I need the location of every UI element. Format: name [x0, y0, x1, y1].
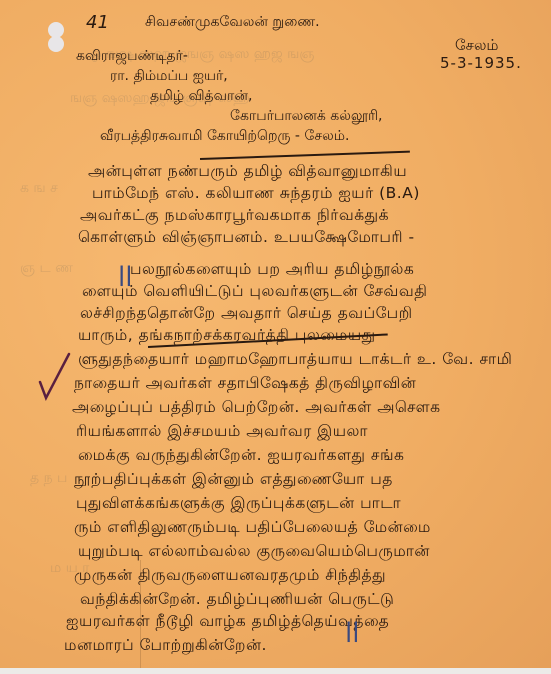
- underline: [200, 151, 410, 160]
- page-number: 41: [86, 12, 109, 33]
- body-line: வந்திக்கின்றேன். தமிழ்ப்புணியன் பெருட்டு: [80, 590, 394, 610]
- address-line: வீரபத்திரசுவாமி கோயிற்றெரு - சேலம்.: [100, 128, 349, 146]
- body-line: கொள்ளும் விஞ்ஞாபனம். உபயக்ஷேமோபரி -: [78, 228, 415, 248]
- bleed-through-text: த ந ப: [30, 470, 67, 488]
- body-line: பலநூல்களையும் பற அரிய தமிழ்நூல்க: [130, 260, 414, 280]
- body-line: ரியங்களால் இச்சமயம் அவர்வர இயலா: [76, 422, 368, 442]
- address-line: தமிழ் வித்வான்,: [150, 88, 252, 106]
- address-line: கவிராஜபண்டிதர்-: [76, 48, 188, 66]
- body-line: நாதையர் அவர்கள் சதாபிஷேகத் திருவிழாவின்: [74, 374, 416, 394]
- paragraph-mark: ||: [345, 618, 360, 642]
- invocation: சிவசண்முகவேலன் றுணை.: [145, 14, 320, 32]
- body-line: பாம்மேந் எஸ். கலியாண சுந்தரம் ஐயர் (B.A): [92, 184, 420, 204]
- fold-crease: [140, 560, 141, 668]
- body-line: மனமாரப் போற்றுகின்றேன்.: [64, 636, 267, 656]
- body-line: நூற்பதிப்புக்கள் இன்னும் எத்துணையோ பத: [74, 470, 393, 490]
- body-line: ஐயரவர்கள் நீடூழி வாழ்க தமிழ்த்தெய்வத்தை: [66, 612, 389, 632]
- scan-border: [0, 668, 551, 674]
- body-line: மைக்கு வருந்துகின்றேன். ஐயரவர்களது சங்க: [78, 446, 404, 466]
- letter-place: சேலம்: [455, 36, 498, 56]
- body-line: அழைப்புப் பத்திரம் பெற்றேன். அவர்கள் அசௌ…: [72, 398, 440, 418]
- letter-page: ஓ ஙஷ ஸஹ ஜஙஞ ஷஸ ஹஜ ஙஞ ஙஞ ஷஸஹ ஜங ஞஷ ஸஹ க ங…: [0, 0, 551, 668]
- address-line: கோபர்பாலனக் கல்லூரி,: [230, 108, 383, 126]
- checkmark-icon: [36, 352, 72, 402]
- body-line: அன்புள்ள நண்பரும் தமிழ் வித்வானுமாகிய: [88, 162, 407, 182]
- body-line: யுறும்படி எல்லாம்வல்ல குருவையெம்பெருமான்: [78, 542, 430, 562]
- address-line: ரா. திம்மப்ப ஐயர்,: [110, 68, 228, 86]
- body-line: ளுதுதந்தையார் மஹாமஹோபாத்யாய டாக்டர் உ. வ…: [78, 350, 512, 370]
- punch-hole: [48, 36, 64, 52]
- bleed-through-text: க ங ச: [20, 180, 58, 198]
- body-line: முருகன் திருவருளையனவரதமும் சிந்தித்து: [74, 566, 386, 586]
- letter-date: 5-3-1935.: [440, 54, 522, 72]
- body-line: அவர்கட்கு நமஸ்காரபூர்வகமாக நிர்வக்துக்: [80, 206, 389, 226]
- body-line: ரும் எளிதிலுணரும்படி பதிப்பேலையத் மேன்மை: [74, 518, 431, 538]
- body-line: லச்சிறந்ததொன்றே அவதார் செய்த தவப்பேறி: [80, 304, 413, 324]
- body-line: ளையும் வெளியிட்டுப் புலவர்களுடன் சேவ்வதி: [82, 282, 427, 302]
- body-line: புதுவிளக்கங்களுக்கு இருப்புக்களுடன் பாடா: [76, 494, 401, 514]
- bleed-through-text: ஞ ட ண: [20, 260, 73, 278]
